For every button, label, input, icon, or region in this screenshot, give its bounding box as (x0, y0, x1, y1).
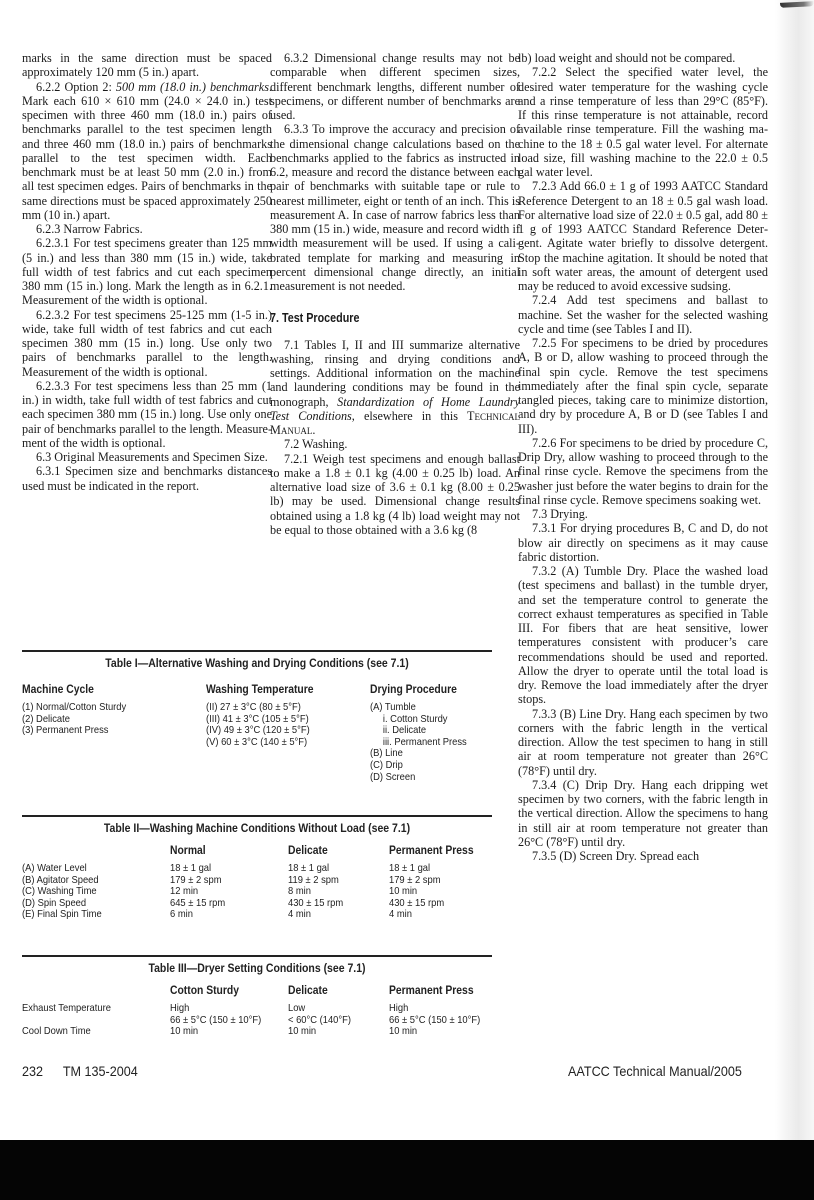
running-title: AATCC Technical Manual/2005 (568, 1063, 742, 1079)
table-cell: (3) Permanent Press (22, 725, 126, 737)
column-delicate: Delicate Low < 60°C (140°F) 10 min (288, 985, 356, 1038)
table-rule (22, 955, 492, 957)
table-cell: (2) Delicate (22, 714, 126, 726)
paragraph-7-2-4: 7.2.4 Add test specimens and ballast to … (518, 293, 768, 336)
table-cell: iii. Permanent Press (370, 737, 467, 749)
paragraph-7-2: 7.2 Washing. (270, 437, 520, 451)
table-cell: 12 min (170, 886, 225, 898)
text-column-3: lb) load weight and should not be com­pa… (518, 51, 768, 863)
table-cell: Low (288, 1003, 351, 1015)
table-row-label: (D) Spin Speed (22, 898, 102, 910)
paragraph-6-3: 6.3 Original Measurements and Speci­men … (22, 450, 272, 464)
table-cell: 4 min (288, 909, 343, 921)
section-heading-test-procedure: 7. Test Procedure (270, 311, 485, 325)
column-row-labels: . (A) Water Level (B) Agitator Speed (C)… (22, 845, 109, 921)
table-cell: (B) Line (370, 748, 467, 760)
paragraph-7-2-3: 7.2.3 Add 66.0 ± 1 g of 1993 AATCC Stand… (518, 179, 768, 293)
table-cell: 18 ± 1 gal (170, 863, 225, 875)
table-cell: (III) 41 ± 3°C (105 ± 5°F) (206, 714, 316, 726)
table-cell: 430 ± 15 rpm (288, 898, 343, 910)
paragraph-7-2-2: 7.2.2 Select the specified water level, … (518, 65, 768, 179)
paragraph: lb) load weight and should not be com­pa… (518, 51, 768, 65)
paragraph-7-3-4: 7.3.4 (C) Drip Dry. Hang each dripping w… (518, 778, 768, 849)
table-title: Table II—Washing Machine Conditions With… (55, 821, 459, 835)
paragraph-6-2-2: 6.2.2 Option 2: 500 mm (18.0 in.) benchm… (22, 80, 272, 223)
table-cell: 179 ± 2 spm (389, 875, 475, 887)
page-edge-shadow (775, 0, 814, 1150)
paragraph-7-2-5: 7.2.5 For specimens to be dried by pro­c… (518, 336, 768, 436)
paragraph-6-2-3: 6.2.3 Narrow Fabrics. (22, 222, 272, 236)
table-cell: High (389, 1003, 480, 1015)
table-cell: 18 ± 1 gal (389, 863, 475, 875)
paragraph-7-2-6: 7.2.6 For specimens to be dried by pro­c… (518, 436, 768, 507)
paragraph-7-3-3: 7.3.3 (B) Line Dry. Hang each speci­men … (518, 707, 768, 778)
table-cell: i. Cotton Sturdy (370, 714, 467, 726)
table-body: . Exhaust Temperature Cool Down Time Cot… (22, 985, 492, 1055)
table-cell: 10 min (389, 1026, 480, 1038)
table-cell: (II) 27 ± 3°C (80 ± 5°F) (206, 702, 316, 714)
paragraph-7-3-5: 7.3.5 (D) Screen Dry. Spread each (518, 849, 768, 863)
document-id: TM 135-2004 (63, 1063, 138, 1079)
table-cell: 430 ± 15 rpm (389, 898, 475, 910)
table-row-label: Exhaust Temperature (22, 1003, 111, 1015)
table-cell: 179 ± 2 spm (170, 875, 225, 887)
table-cell: ii. Delicate (370, 725, 467, 737)
paragraph-7-3-2: 7.3.2 (A) Tumble Dry. Place the washed l… (518, 564, 768, 707)
table-row-label: (C) Washing Time (22, 886, 102, 898)
table-cell: (V) 60 ± 3°C (140 ± 5°F) (206, 737, 316, 749)
table-cell: 10 min (288, 1026, 351, 1038)
table-cell: 8 min (288, 886, 343, 898)
table-cell: (D) Screen (370, 772, 467, 784)
table-rule (22, 650, 492, 652)
table-rule (22, 815, 492, 817)
scan-background (0, 1140, 814, 1200)
table-cell: 119 ± 2 spm (288, 875, 343, 887)
column-cotton-sturdy: Cotton Sturdy High 66 ± 5°C (150 ± 10°F)… (170, 985, 269, 1038)
table-cell: High (170, 1003, 261, 1015)
table-cell: 10 min (389, 886, 475, 898)
table-row-label: (A) Water Level (22, 863, 102, 875)
table-2-washing-machine-conditions: Table II—Washing Machine Conditions With… (22, 815, 492, 945)
table-row-label: Cool Down Time (22, 1026, 111, 1038)
column-machine-cycle: Machine Cycle (1) Normal/Cotton Sturdy (… (22, 684, 135, 737)
table-body: . (A) Water Level (B) Agitator Speed (C)… (22, 845, 492, 945)
paragraph-7-1: 7.1 Tables I, II and III summarize alter… (270, 338, 520, 438)
table-cell: (1) Normal/Cotton Sturdy (22, 702, 126, 714)
text-column-1: marks in the same direction must be spac… (22, 51, 272, 493)
column-permanent-press: Permanent Press 18 ± 1 gal 179 ± 2 spm 1… (389, 845, 483, 921)
table-3-dryer-setting-conditions: Table III—Dryer Setting Conditions (see … (22, 955, 492, 1055)
table-cell: (IV) 49 ± 3°C (120 ± 5°F) (206, 725, 316, 737)
paragraph-6-2-3-1: 6.2.3.1 For test specimens greater than … (22, 236, 272, 307)
column-washing-temperature: Washing Temperature (II) 27 ± 3°C (80 ± … (206, 684, 326, 748)
column-drying-procedure: Drying Procedure (A) Tumble i. Cotton St… (370, 684, 475, 783)
column-delicate: Delicate 18 ± 1 gal 119 ± 2 spm 8 min 43… (288, 845, 348, 921)
paragraph-6-3-3: 6.3.3 To improve the accuracy and pre­ci… (270, 122, 520, 293)
table-cell: 4 min (389, 909, 475, 921)
table-cell: (A) Tumble (370, 702, 467, 714)
table-cell: 6 min (170, 909, 225, 921)
paragraph-7-2-1: 7.2.1 Weigh test specimens and enough ba… (270, 452, 520, 538)
paragraph-6-3-2: 6.3.2 Dimensional change results may not… (270, 51, 520, 122)
page-number: 232 (22, 1063, 43, 1079)
table-row-label: (E) Final Spin Time (22, 909, 102, 921)
column-permanent-press: Permanent Press High 66 ± 5°C (150 ± 10°… (389, 985, 488, 1038)
page-footer-left: 232TM 135-2004 (22, 1063, 138, 1079)
table-cell: 645 ± 15 rpm (170, 898, 225, 910)
column-row-labels: . Exhaust Temperature Cool Down Time (22, 985, 119, 1038)
table-cell: 66 ± 5°C (150 ± 10°F) (170, 1015, 261, 1027)
table-cell: (C) Drip (370, 760, 467, 772)
table-title: Table III—Dryer Setting Conditions (see … (55, 961, 459, 975)
paragraph-7-3-1: 7.3.1 For drying procedures B, C and D, … (518, 521, 768, 564)
paragraph-6-2-3-3: 6.2.3.3 For test specimens less than 25 … (22, 379, 272, 450)
paragraph-7-3: 7.3 Drying. (518, 507, 768, 521)
paragraph-6-3-1: 6.3.1 Specimen size and benchmarks dista… (22, 464, 272, 493)
paragraph-6-2-3-2: 6.2.3.2 For test specimens 25-125 mm (1-… (22, 308, 272, 379)
table-1-washing-drying-conditions: Table I—Alternative Washing and Drying C… (22, 650, 492, 802)
table-cell: 10 min (170, 1026, 261, 1038)
column-normal: Normal 18 ± 1 gal 179 ± 2 spm 12 min 645… (170, 845, 230, 921)
table-cell: 66 ± 5°C (150 ± 10°F) (389, 1015, 480, 1027)
paragraph: marks in the same direction must be spac… (22, 51, 272, 80)
text-column-2: 6.3.2 Dimensional change results may not… (270, 51, 520, 537)
table-body: Machine Cycle (1) Normal/Cotton Sturdy (… (22, 684, 492, 802)
table-row-label: (B) Agitator Speed (22, 875, 102, 887)
table-title: Table I—Alternative Washing and Drying C… (55, 656, 459, 670)
table-cell: < 60°C (140°F) (288, 1015, 351, 1027)
table-cell: 18 ± 1 gal (288, 863, 343, 875)
